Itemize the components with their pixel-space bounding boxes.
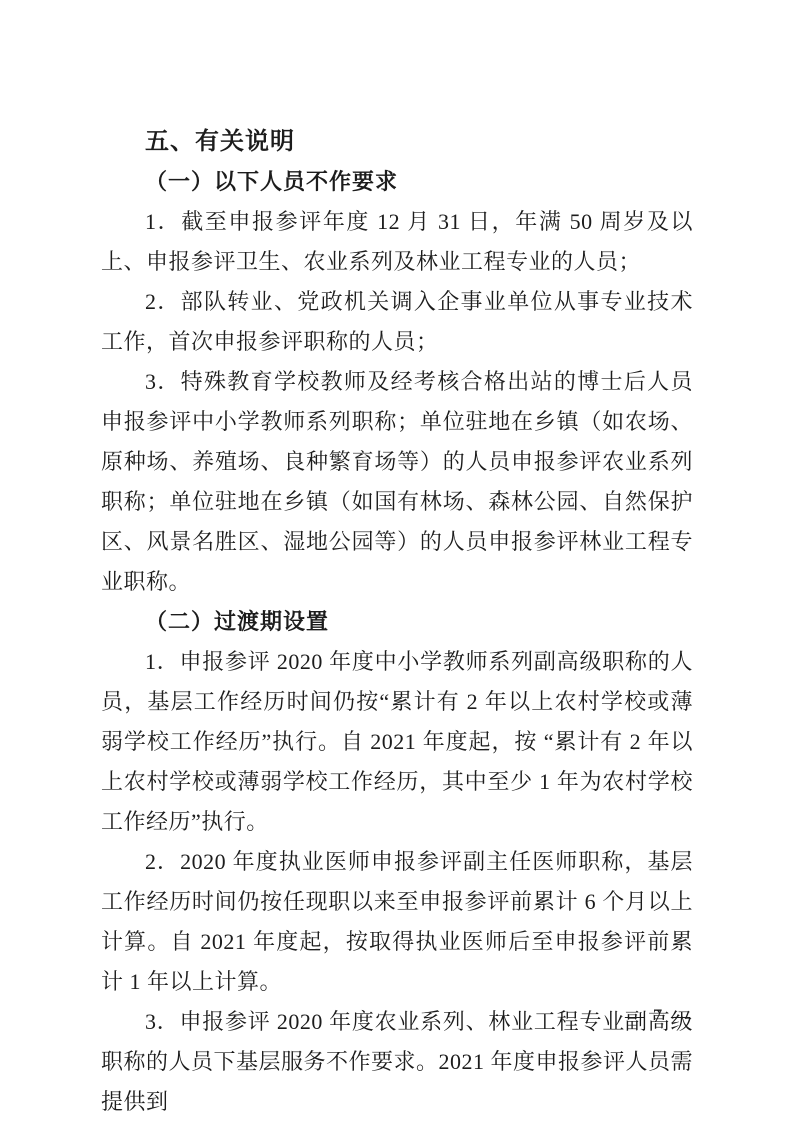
paragraph-transition-teachers: 1．申报参评 2020 年度中小学教师系列副高级职称的人员，基层工作经历时间仍按… (101, 642, 693, 842)
paragraph-exempt-persons-3: 3．特殊教育学校教师及经考核合格出站的博士后人员申报参评中小学教师系列职称；单位… (101, 362, 693, 602)
paragraph-exempt-persons-1: 1．截至申报参评年度 12 月 31 日，年满 50 周岁及以上、申报参评卫生、… (101, 202, 693, 282)
page-number: — 7 — (625, 1004, 692, 1030)
document-content: 五、有关说明 （一）以下人员不作要求 1．截至申报参评年度 12 月 31 日，… (101, 122, 693, 1122)
section-heading: 五、有关说明 (101, 122, 693, 162)
paragraph-exempt-persons-2: 2．部队转业、党政机关调入企事业单位从事专业技术工作，首次申报参评职称的人员； (101, 282, 693, 362)
paragraph-transition-physicians: 2．2020 年度执业医师申报参评副主任医师职称，基层工作经历时间仍按任现职以来… (101, 842, 693, 1002)
paragraph-transition-agriculture-forestry: 3．申报参评 2020 年度农业系列、林业工程专业副高级职称的人员下基层服务不作… (101, 1002, 693, 1122)
subsection-heading-1: （一）以下人员不作要求 (101, 162, 693, 202)
subsection-heading-2: （二）过渡期设置 (101, 602, 693, 642)
document-page: 五、有关说明 （一）以下人员不作要求 1．截至申报参评年度 12 月 31 日，… (0, 0, 793, 1122)
